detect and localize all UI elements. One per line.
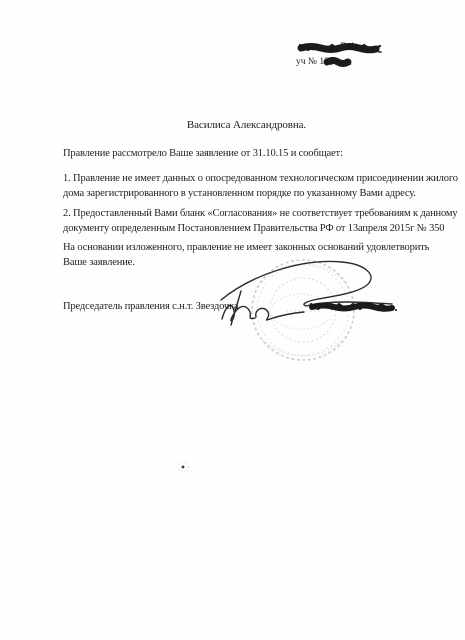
paragraph-line: 2. Предоставленный Вами бланк «Согласова… [63, 206, 458, 221]
salutation: Василиса Александровна. [0, 119, 465, 131]
recipient-plot-line: уч № 12 [296, 56, 358, 69]
paragraph-item-1: 1. Правление не имеет данных о опосредов… [63, 171, 458, 201]
ink-speck [178, 462, 188, 472]
paragraph-item-2: 2. Предоставленный Вами бланк «Согласова… [63, 206, 458, 236]
signature-scribble [221, 261, 392, 325]
recipient-block: КxxxxxxxxВ.А. уч № 12 [296, 41, 358, 69]
recipient-name-line: КxxxxxxxxВ.А. [296, 41, 358, 54]
paragraph-line: документу определенным Постановлением Пр… [63, 221, 458, 236]
signature-title: Председатель правления с.н.т. Звездочка [63, 299, 238, 314]
redaction-scribble [311, 304, 397, 311]
paragraph-intro: Правление рассмотрело Ваше заявление от … [63, 146, 343, 161]
paragraph-line: дома зарегистрированного в установленном… [63, 186, 458, 201]
paragraph-line: Правление рассмотрело Ваше заявление от … [63, 146, 343, 161]
round-stamp-icon [252, 260, 354, 360]
paragraph-line: На основании изложенного, правление не и… [63, 240, 429, 255]
paragraph-line: 1. Правление не имеет данных о опосредов… [63, 171, 458, 186]
recipient-name-suffix: В.А. [340, 42, 358, 52]
plot-number-prefix: уч № 12 [296, 57, 329, 67]
scanned-letter-page: КxxxxxxxxВ.А. уч № 12 Василиса Александр… [0, 0, 465, 640]
paragraph-conclusion: На основании изложенного, правление не и… [63, 240, 429, 270]
paragraph-line: Ваше заявление. [63, 255, 429, 270]
graphics-overlay [0, 0, 465, 640]
